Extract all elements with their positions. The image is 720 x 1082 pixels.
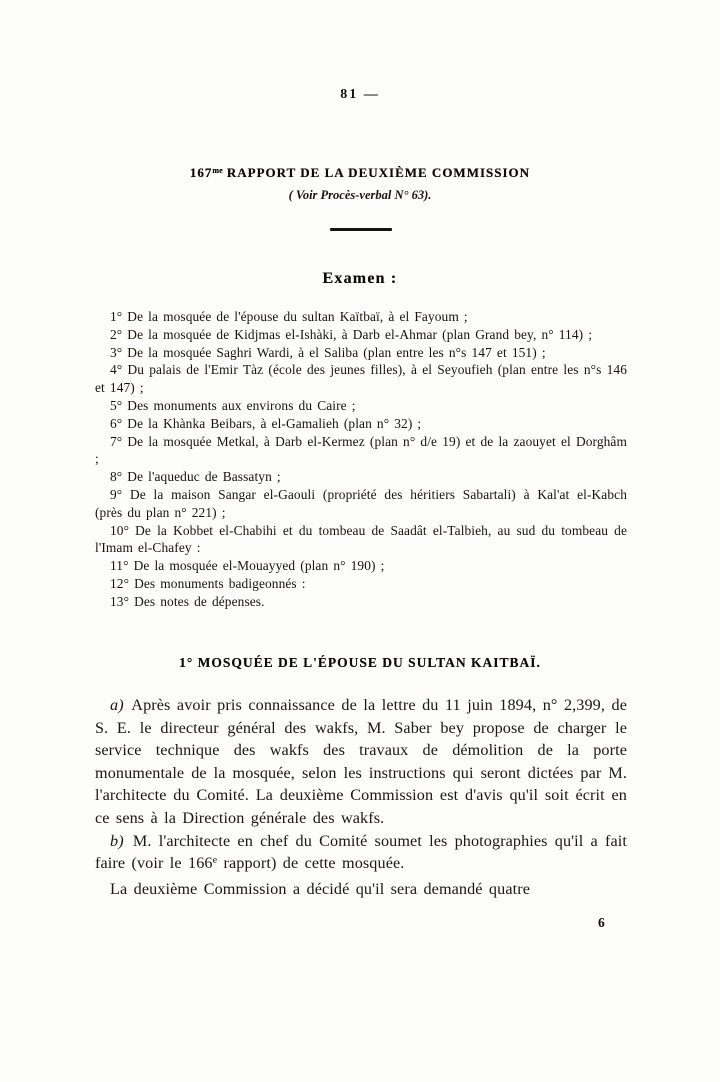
report-title-number: 167 bbox=[190, 165, 213, 180]
report-subtitle: ( Voir Procès-verbal N° 63). bbox=[0, 188, 720, 203]
paragraph-b-marker: b) bbox=[110, 832, 124, 850]
paragraph-b-superscript: e bbox=[213, 855, 218, 866]
divider-rule bbox=[330, 228, 392, 231]
paragraph-a: a) Après avoir pris connaissance de la l… bbox=[95, 694, 627, 830]
list-item: 3° De la mosquée Saghri Wardi, à el Sali… bbox=[95, 344, 627, 362]
scanned-document-page: 81 — 167me RAPPORT DE LA DEUXIÈME COMMIS… bbox=[0, 0, 720, 1082]
list-item: 7° De la mosquée Metkal, à Darb el-Kerme… bbox=[95, 433, 627, 469]
list-item: 1° De la mosquée de l'épouse du sultan K… bbox=[95, 308, 627, 326]
list-item: 5° Des monuments aux environs du Caire ; bbox=[95, 397, 627, 415]
list-item: 2° De la mosquée de Kidjmas el-Ishàki, à… bbox=[95, 326, 627, 344]
list-item: 11° De la mosquée el-Mouayyed (plan n° 1… bbox=[95, 557, 627, 575]
paragraph-a-text: Après avoir pris connaissance de la lett… bbox=[95, 696, 627, 827]
examen-heading: Examen : bbox=[0, 270, 720, 288]
section-heading: 1° MOSQUÉE DE L'ÉPOUSE DU SULTAN KAITBAÏ… bbox=[0, 655, 720, 671]
report-title: 167me RAPPORT DE LA DEUXIÈME COMMISSION bbox=[0, 165, 720, 181]
paragraph-b-text-end: rapport) de cette mosquée. bbox=[217, 854, 404, 872]
paragraph-a-marker: a) bbox=[110, 696, 124, 714]
top-page-number: 81 — bbox=[0, 87, 720, 103]
examen-list: 1° De la mosquée de l'épouse du sultan K… bbox=[95, 308, 627, 611]
list-item: 8° De l'aqueduc de Bassatyn ; bbox=[95, 468, 627, 486]
report-title-text: RAPPORT DE LA DEUXIÈME COMMISSION bbox=[223, 165, 530, 180]
list-item: 10° De la Kobbet el-Chabihi et du tombea… bbox=[95, 522, 627, 558]
list-item: 12° Des monuments badigeonnés : bbox=[95, 575, 627, 593]
report-title-ordinal-suffix: me bbox=[212, 166, 222, 175]
list-item: 6° De la Khànka Beibars, à el-Gamalieh (… bbox=[95, 415, 627, 433]
bottom-page-number: 6 bbox=[598, 915, 605, 931]
paragraph-c: La deuxième Commission a décidé qu'il se… bbox=[95, 878, 627, 901]
list-item: 9° De la maison Sangar el-Gaouli (propri… bbox=[95, 486, 627, 522]
paragraph-b: b) M. l'architecte en chef du Comité sou… bbox=[95, 830, 627, 878]
list-item: 13° Des notes de dépenses. bbox=[95, 593, 627, 611]
body-paragraphs: a) Après avoir pris connaissance de la l… bbox=[95, 694, 627, 900]
list-item: 4° Du palais de l'Emir Tàz (école des je… bbox=[95, 361, 627, 397]
